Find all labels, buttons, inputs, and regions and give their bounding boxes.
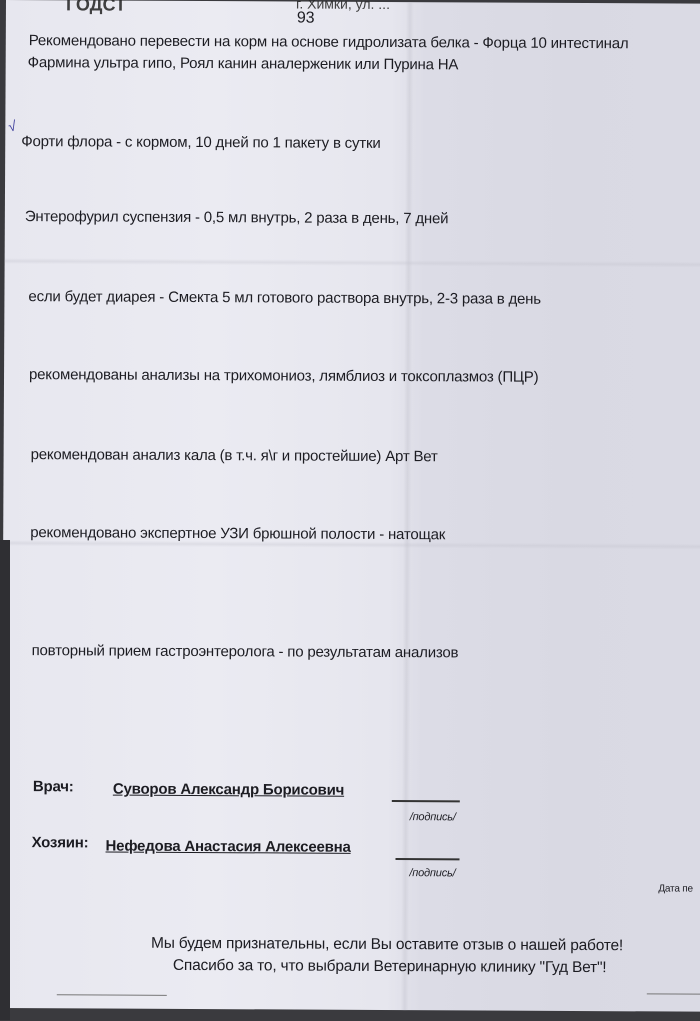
recommendation-enterofuril: Энтерофурил суспензия - 0,5 мл внутрь, 2… bbox=[25, 208, 449, 227]
paper-fold-horizontal bbox=[5, 258, 700, 268]
footer-rule-left bbox=[57, 994, 167, 996]
date-caption: Дата пе bbox=[658, 883, 693, 894]
owner-label: Хозяин: bbox=[32, 834, 89, 851]
recommendation-food-line2: Фармина ультра гипо, Роял канин аналерже… bbox=[28, 54, 459, 73]
recommendation-pcr-tests: рекомендованы анализы на трихомониоз, ля… bbox=[29, 366, 538, 386]
paper-sheet: ГОДСТ г. Химки, ул. ... 93 Рекомендовано… bbox=[1, 0, 700, 1012]
recommendation-follow-up: повторный прием гастроэнтеролога - по ре… bbox=[32, 642, 459, 661]
check-mark-icon: √ bbox=[7, 118, 17, 135]
header-fragment-left: ГОДСТ bbox=[66, 0, 126, 16]
recommendation-ultrasound: рекомендовано экспертное УЗИ брюшной пол… bbox=[30, 524, 445, 543]
owner-signature-caption: /подпись/ bbox=[409, 867, 455, 879]
footer-thanks-text: Спасибо за то, что выбрали Ветеринарную … bbox=[173, 957, 607, 977]
background-shadow bbox=[0, 540, 10, 1020]
owner-name: Нефедова Анастасия Алексеевна bbox=[106, 838, 351, 856]
recommendation-stool-test: рекомендован анализ кала (в т.ч. я\г и п… bbox=[31, 446, 438, 465]
doctor-signature-caption: /подпись/ bbox=[410, 811, 456, 823]
recommendation-forti-flora: Форти флора - с кормом, 10 дней по 1 пак… bbox=[21, 133, 380, 152]
footer-rule-right bbox=[647, 993, 700, 994]
recommendation-smecta: если будет диарея - Смекта 5 мл готового… bbox=[28, 288, 541, 308]
recommendation-food-line1: Рекомендовано перевести на корм на основ… bbox=[29, 32, 629, 52]
doctor-name: Суворов Александр Борисович bbox=[113, 781, 344, 799]
page-number: 93 bbox=[297, 10, 315, 28]
footer-feedback-text: Мы будем признательны, если Вы оставите … bbox=[151, 935, 623, 955]
doctor-label: Врач: bbox=[33, 778, 74, 795]
